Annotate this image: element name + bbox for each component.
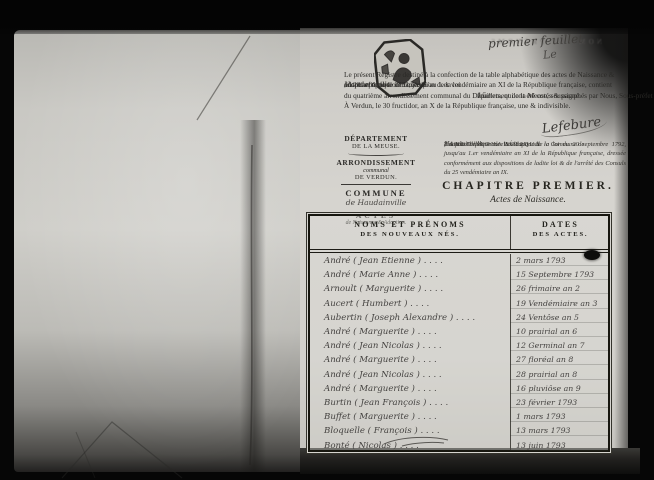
preamble-line: À Verdun, le 30 fructidor, an X de la Ré… <box>344 101 610 111</box>
newborn-name-cell: André ( Marguerite ) . . . . <box>310 355 510 365</box>
dates-column-header: DATES DES ACTES. <box>510 216 610 249</box>
table-row: Buffet ( Marguerite ) . . . .1 mars 1793 <box>310 410 608 424</box>
rule-divider <box>341 184 411 185</box>
departement-label: DÉPARTEMENT <box>330 134 422 143</box>
arrondissement-mid: communal <box>330 167 422 174</box>
folio-paraph: Le <box>542 47 557 61</box>
dates-header-line2: DES ACTES. <box>511 231 610 238</box>
commune-label: COMMUNE <box>330 188 422 198</box>
act-date-cell: 26 frimaire an 2 <box>510 284 608 294</box>
act-date-cell: 1 mars 1793 <box>510 412 608 422</box>
ink-blot <box>584 250 600 260</box>
newborn-name-cell: Burtin ( Jean François ) . . . . <box>310 398 510 408</box>
table-row: André ( Marie Anne ) . . . .15 Septembre… <box>310 268 608 282</box>
act-date-cell: 15 Septembre 1793 <box>510 270 608 280</box>
act-date-cell: 13 juin 1793 <box>510 441 608 451</box>
newborn-name-cell: Aucert ( Humbert ) . . . . <box>310 299 510 309</box>
table-row: Arnoult ( Marguerite ) . . . .26 frimair… <box>310 282 608 296</box>
preamble-text: , depuis l'époque de l'exécution de la l… <box>344 80 461 90</box>
dates-header-line1: DATES <box>511 220 610 229</box>
table-row: André ( Marguerite ) . . . .10 prairial … <box>310 325 608 339</box>
table-row: Burtin ( Jean François ) . . . .23 févri… <box>310 396 608 410</box>
table-row: André ( Jean Etienne ) . . . .2 mars 179… <box>310 254 608 268</box>
table-row: André ( Marguerite ) . . . .27 floréal a… <box>310 353 608 367</box>
birth-acts-table: NOMS ET PRÉNOMS DES NOUVEAUX NÉS. DATES … <box>308 214 610 452</box>
table-row: Aucert ( Humbert ) . . . .19 Vendémiaire… <box>310 297 608 311</box>
act-date-cell: 28 prairial an 8 <box>510 370 608 380</box>
closing-flourish-icon <box>382 434 452 448</box>
archive-scan: NOMS ET PRÉNOMS premier feuillet Le Le p… <box>0 0 654 480</box>
table-notice-rest: , depuis l'époque de l'exécution de la l… <box>444 140 626 177</box>
act-date-cell: 24 Ventôse an 5 <box>510 313 608 323</box>
table-row: André ( Jean Nicolas ) . . . .12 Germina… <box>310 339 608 353</box>
act-date-cell: 13 mars 1793 <box>510 426 608 436</box>
table-row: Bloquelle ( François ) . . . .13 mars 17… <box>310 424 608 438</box>
preamble-text: feuillets, qui ont été cotés & paraphés … <box>477 91 653 101</box>
names-header-line1: NOMS ET PRÉNOMS <box>310 220 510 229</box>
margin-block: DÉPARTEMENT DE LA MEUSE. ARRONDISSEMENT … <box>330 134 422 226</box>
prefect-preamble: Le présent Registre destiné à la confect… <box>344 70 610 111</box>
newborn-name-cell: André ( Jean Nicolas ) . . . . <box>310 341 510 351</box>
act-date-cell: 16 pluviôse an 9 <box>510 384 608 394</box>
act-date-cell: 12 Germinal an 7 <box>510 341 608 351</box>
act-date-cell: 10 prairial an 6 <box>510 327 608 337</box>
act-date-cell: 23 février 1793 <box>510 398 608 408</box>
newborn-name-cell: Arnoult ( Marguerite ) . . . . <box>310 284 510 294</box>
table-row: André ( Marguerite ) . . . .16 pluviôse … <box>310 382 608 396</box>
names-column-header: NOMS ET PRÉNOMS DES NOUVEAUX NÉS. <box>310 216 510 249</box>
act-date-cell: 19 Vendémiaire an 3 <box>510 299 608 309</box>
table-body: André ( Jean Etienne ) . . . .2 mars 179… <box>310 254 608 450</box>
arrondissement-value: DE VERDUN. <box>330 174 422 181</box>
newborn-name-cell: Buffet ( Marguerite ) . . . . <box>310 412 510 422</box>
scanner-top-band <box>0 0 654 34</box>
newborn-name-cell: André ( Marguerite ) . . . . <box>310 384 510 394</box>
table-row: Bonté ( Nicolas ) . . . .13 juin 1793 <box>310 438 608 452</box>
newborn-name-cell: André ( Marie Anne ) . . . . <box>310 270 510 280</box>
departement-value: DE LA MEUSE. <box>330 143 422 150</box>
table-row: André ( Jean Nicolas ) . . . .28 prairia… <box>310 368 608 382</box>
commune-handwritten-value: de Haudainville <box>330 198 422 207</box>
arrondissement-label: ARRONDISSEMENT <box>330 158 422 167</box>
newborn-name-cell: André ( Jean Nicolas ) . . . . <box>310 370 510 380</box>
swash-divider <box>348 151 404 156</box>
chapter-title: CHAPITRE PREMIER. <box>430 180 626 192</box>
newborn-name-cell: André ( Jean Etienne ) . . . . <box>310 256 510 266</box>
names-header-line2: DES NOUVEAUX NÉS. <box>310 231 510 238</box>
book-gutter-shadow <box>240 120 266 472</box>
newborn-name-cell: Aubertin ( Joseph Alexandre ) . . . . <box>310 313 510 323</box>
chapter-subtitle: Actes de Naissance. <box>430 195 626 205</box>
preamble-line: Le présent Registre destiné à la confect… <box>344 70 610 80</box>
table-row: Aubertin ( Joseph Alexandre ) . . . .24 … <box>310 311 608 325</box>
newborn-name-cell: André ( Marguerite ) . . . . <box>310 327 510 337</box>
act-date-cell: 27 floréal an 8 <box>510 355 608 365</box>
table-header: NOMS ET PRÉNOMS DES NOUVEAUX NÉS. DATES … <box>310 216 608 250</box>
